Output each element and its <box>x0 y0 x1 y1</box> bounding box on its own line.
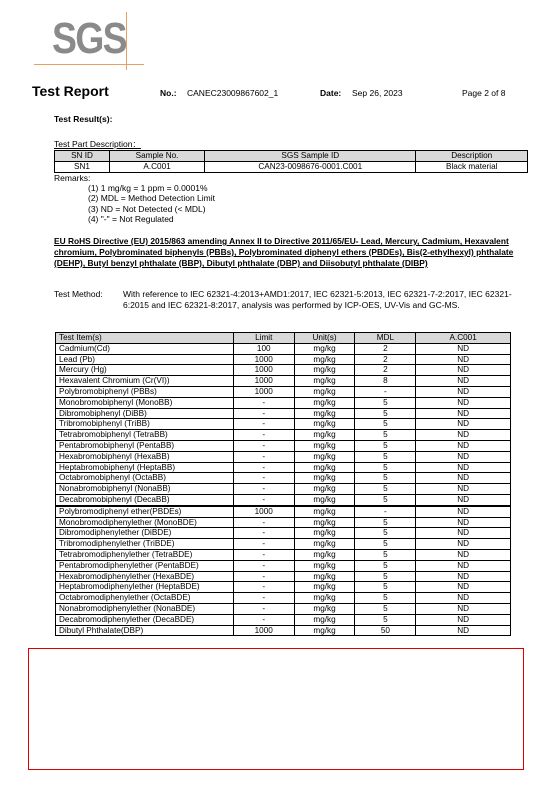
table-cell: 5 <box>355 539 416 550</box>
table-cell: 5 <box>355 397 416 408</box>
table-row: Cadmium(Cd)100mg/kg2ND <box>56 343 511 354</box>
test-item-cell: Dibromobiphenyl (DiBB) <box>56 408 234 419</box>
table-cell: mg/kg <box>294 397 355 408</box>
table-cell: mg/kg <box>294 473 355 484</box>
table-row: Monobromodiphenylether (MonoBDE)-mg/kg5N… <box>56 517 511 528</box>
table-cell: 1000 <box>233 386 294 397</box>
table-cell: - <box>233 593 294 604</box>
table-row: Nonabromobiphenyl (NonaBB)-mg/kg5ND <box>56 484 511 495</box>
table-cell: ND <box>416 603 511 614</box>
table-cell: 5 <box>355 419 416 430</box>
table-cell: - <box>233 582 294 593</box>
table-cell: A.C001 <box>110 161 205 172</box>
table-cell: 1000 <box>233 625 294 636</box>
table-cell: 5 <box>355 549 416 560</box>
test-item-cell: Monobromodiphenylether (MonoBDE) <box>56 517 234 528</box>
table-cell: - <box>355 386 416 397</box>
test-item-cell: Monobromobiphenyl (MonoBB) <box>56 397 234 408</box>
table-cell: - <box>233 528 294 539</box>
report-no-value: CANEC23009867602_1 <box>187 88 278 98</box>
table-cell: mg/kg <box>294 484 355 495</box>
logo-vertical-line <box>126 12 127 70</box>
table-row: Octabromodiphenylether (OctaBDE)-mg/kg5N… <box>56 593 511 604</box>
table-cell: SN1 <box>55 161 110 172</box>
table-cell: - <box>233 539 294 550</box>
column-header: SN ID <box>55 151 110 162</box>
test-item-cell: Tribromodiphenylether (TriBDE) <box>56 539 234 550</box>
table-cell: 5 <box>355 440 416 451</box>
table-cell: mg/kg <box>294 625 355 636</box>
table-row: Decabromodiphenylether (DecaBDE)-mg/kg5N… <box>56 614 511 625</box>
test-item-cell: Hexavalent Chromium (Cr(VI)) <box>56 376 234 387</box>
test-item-cell: Tetrabromodiphenylether (TetraBDE) <box>56 549 234 560</box>
table-row: Lead (Pb)1000mg/kg2ND <box>56 354 511 365</box>
table-cell: 1000 <box>233 365 294 376</box>
table-row: Monobromobiphenyl (MonoBB)-mg/kg5ND <box>56 397 511 408</box>
test-item-cell: Decabromodiphenylether (DecaBDE) <box>56 614 234 625</box>
table-row: Tetrabromobiphenyl (TetraBB)-mg/kg5ND <box>56 430 511 441</box>
table-row: Polybromodiphenyl ether(PBDEs)1000mg/kg-… <box>56 506 511 517</box>
remark-item: (3) ND = Not Detected (< MDL) <box>54 204 215 214</box>
table-cell: - <box>233 451 294 462</box>
test-item-cell: Pentabromodiphenylether (PentaBDE) <box>56 560 234 571</box>
table-cell: - <box>233 614 294 625</box>
table-row: Tribromodiphenylether (TriBDE)-mg/kg5ND <box>56 539 511 550</box>
table-cell: - <box>233 419 294 430</box>
table-cell: mg/kg <box>294 386 355 397</box>
test-item-cell: Hexabromobiphenyl (HexaBB) <box>56 451 234 462</box>
table-cell: 2 <box>355 354 416 365</box>
table-cell: ND <box>416 451 511 462</box>
table-row: Heptabromobiphenyl (HeptaBB)-mg/kg5ND <box>56 462 511 473</box>
table-cell: 5 <box>355 408 416 419</box>
table-row: Decabromobiphenyl (DecaBB)-mg/kg5ND <box>56 494 511 505</box>
table-cell: - <box>233 430 294 441</box>
table-cell: mg/kg <box>294 451 355 462</box>
table-cell: ND <box>416 430 511 441</box>
sgs-logo: SGS <box>34 12 144 70</box>
test-item-cell: Heptabromodiphenylether (HeptaBDE) <box>56 582 234 593</box>
column-header: Unit(s) <box>294 333 355 344</box>
column-header: MDL <box>355 333 416 344</box>
table-row: Heptabromodiphenylether (HeptaBDE)-mg/kg… <box>56 582 511 593</box>
table-row: Pentabromodiphenylether (PentaBDE)-mg/kg… <box>56 560 511 571</box>
redacted-region-box <box>28 648 524 770</box>
table-cell: mg/kg <box>294 494 355 505</box>
report-no-label: No.: <box>160 88 177 98</box>
table-cell: 5 <box>355 517 416 528</box>
part-description-label: Test Part Description： <box>54 138 141 150</box>
table-cell: ND <box>416 571 511 582</box>
column-header: SGS Sample ID <box>205 151 416 162</box>
test-item-cell: Lead (Pb) <box>56 354 234 365</box>
table-row: Pentabromobiphenyl (PentaBB)-mg/kg5ND <box>56 440 511 451</box>
remark-item: (2) MDL = Method Detection Limit <box>54 193 215 203</box>
test-item-cell: Heptabromobiphenyl (HeptaBB) <box>56 462 234 473</box>
table-cell: ND <box>416 343 511 354</box>
table-cell: 100 <box>233 343 294 354</box>
report-title: Test Report <box>32 83 109 99</box>
test-item-cell: Hexabromodiphenylether (HexaBDE) <box>56 571 234 582</box>
table-cell: 5 <box>355 614 416 625</box>
table-cell: 8 <box>355 376 416 387</box>
remark-item: (4) "-" = Not Regulated <box>54 214 215 224</box>
table-row: Dibromodiphenylether (DiBDE)-mg/kg5ND <box>56 528 511 539</box>
table-cell: mg/kg <box>294 440 355 451</box>
table-cell: 5 <box>355 451 416 462</box>
table-cell: mg/kg <box>294 408 355 419</box>
column-header: A.C001 <box>416 333 511 344</box>
table-cell: - <box>233 397 294 408</box>
table-cell: CAN23-0098676-0001.C001 <box>205 161 416 172</box>
table-row: Hexabromobiphenyl (HexaBB)-mg/kg5ND <box>56 451 511 462</box>
table-cell: ND <box>416 440 511 451</box>
table-cell: ND <box>416 473 511 484</box>
table-cell: 50 <box>355 625 416 636</box>
date-value: Sep 26, 2023 <box>352 88 403 98</box>
table-cell: 5 <box>355 560 416 571</box>
table-row: Dibromobiphenyl (DiBB)-mg/kg5ND <box>56 408 511 419</box>
test-item-cell: Cadmium(Cd) <box>56 343 234 354</box>
table-cell: - <box>233 494 294 505</box>
table-cell: 1000 <box>233 376 294 387</box>
column-header: Description <box>416 151 528 162</box>
table-row: Tetrabromodiphenylether (TetraBDE)-mg/kg… <box>56 549 511 560</box>
table-cell: ND <box>416 408 511 419</box>
table-cell: 5 <box>355 484 416 495</box>
table-row: Mercury (Hg)1000mg/kg2ND <box>56 365 511 376</box>
table-cell: - <box>233 440 294 451</box>
table-cell: mg/kg <box>294 582 355 593</box>
table-cell: ND <box>416 539 511 550</box>
table-cell: 2 <box>355 365 416 376</box>
directive-heading: EU RoHS Directive (EU) 2015/863 amending… <box>54 236 524 269</box>
column-header: Sample No. <box>110 151 205 162</box>
test-item-cell: Dibutyl Phthalate(DBP) <box>56 625 234 636</box>
table-cell: mg/kg <box>294 506 355 517</box>
logo-horizontal-line <box>34 64 144 65</box>
test-item-cell: Decabromobiphenyl (DecaBB) <box>56 494 234 505</box>
table-cell: ND <box>416 484 511 495</box>
table-row: Tribromobiphenyl (TriBB)-mg/kg5ND <box>56 419 511 430</box>
remarks-label: Remarks: <box>54 173 215 183</box>
table-cell: 5 <box>355 494 416 505</box>
test-item-cell: Polybromodiphenyl ether(PBDEs) <box>56 506 234 517</box>
table-cell: 5 <box>355 473 416 484</box>
table-cell: - <box>233 560 294 571</box>
table-cell: mg/kg <box>294 571 355 582</box>
table-cell: ND <box>416 397 511 408</box>
test-item-cell: Nonabromodiphenylether (NonaBDE) <box>56 603 234 614</box>
table-cell: mg/kg <box>294 343 355 354</box>
results-table: Test Item(s)LimitUnit(s)MDLA.C001 Cadmiu… <box>55 332 511 636</box>
test-item-cell: Dibromodiphenylether (DiBDE) <box>56 528 234 539</box>
table-row: Octabromobiphenyl (OctaBB)-mg/kg5ND <box>56 473 511 484</box>
table-cell: 1000 <box>233 354 294 365</box>
table-row: Hexabromodiphenylether (HexaBDE)-mg/kg5N… <box>56 571 511 582</box>
page-indicator: Page 2 of 8 <box>462 88 505 98</box>
table-cell: 5 <box>355 430 416 441</box>
table-cell: ND <box>416 528 511 539</box>
table-cell: - <box>233 571 294 582</box>
test-item-cell: Tribromobiphenyl (TriBB) <box>56 419 234 430</box>
table-cell: ND <box>416 582 511 593</box>
table-cell: ND <box>416 506 511 517</box>
table-cell: 1000 <box>233 506 294 517</box>
table-row: Hexavalent Chromium (Cr(VI))1000mg/kg8ND <box>56 376 511 387</box>
table-cell: ND <box>416 365 511 376</box>
remark-item: (1) 1 mg/kg = 1 ppm = 0.0001% <box>54 183 215 193</box>
column-header: Limit <box>233 333 294 344</box>
table-cell: - <box>233 462 294 473</box>
table-cell: mg/kg <box>294 430 355 441</box>
table-row: Nonabromodiphenylether (NonaBDE)-mg/kg5N… <box>56 603 511 614</box>
table-cell: mg/kg <box>294 560 355 571</box>
table-cell: mg/kg <box>294 614 355 625</box>
table-cell: ND <box>416 419 511 430</box>
logo-text: SGS <box>52 14 126 64</box>
table-cell: - <box>233 408 294 419</box>
table-cell: mg/kg <box>294 354 355 365</box>
table-cell: mg/kg <box>294 549 355 560</box>
test-item-cell: Pentabromobiphenyl (PentaBB) <box>56 440 234 451</box>
test-item-cell: Octabromobiphenyl (OctaBB) <box>56 473 234 484</box>
table-cell: mg/kg <box>294 419 355 430</box>
table-cell: - <box>233 549 294 560</box>
table-cell: 5 <box>355 603 416 614</box>
column-header: Test Item(s) <box>56 333 234 344</box>
table-cell: mg/kg <box>294 539 355 550</box>
table-cell: - <box>233 473 294 484</box>
table-cell: ND <box>416 517 511 528</box>
table-cell: mg/kg <box>294 517 355 528</box>
table-cell: mg/kg <box>294 528 355 539</box>
table-cell: 2 <box>355 343 416 354</box>
table-cell: ND <box>416 462 511 473</box>
table-cell: - <box>233 603 294 614</box>
table-cell: mg/kg <box>294 365 355 376</box>
remarks: Remarks: (1) 1 mg/kg = 1 ppm = 0.0001%(2… <box>54 173 215 224</box>
test-item-cell: Tetrabromobiphenyl (TetraBB) <box>56 430 234 441</box>
table-cell: Black material <box>416 161 528 172</box>
table-cell: ND <box>416 593 511 604</box>
test-item-cell: Octabromodiphenylether (OctaBDE) <box>56 593 234 604</box>
table-row: SN1A.C001CAN23-0098676-0001.C001Black ma… <box>55 161 528 172</box>
table-cell: mg/kg <box>294 603 355 614</box>
table-cell: mg/kg <box>294 593 355 604</box>
table-cell: 5 <box>355 593 416 604</box>
table-cell: 5 <box>355 462 416 473</box>
table-cell: ND <box>416 549 511 560</box>
table-cell: mg/kg <box>294 376 355 387</box>
table-cell: ND <box>416 354 511 365</box>
table-cell: ND <box>416 614 511 625</box>
table-cell: - <box>233 484 294 495</box>
table-cell: ND <box>416 494 511 505</box>
test-item-cell: Mercury (Hg) <box>56 365 234 376</box>
table-cell: ND <box>416 560 511 571</box>
test-item-cell: Nonabromobiphenyl (NonaBB) <box>56 484 234 495</box>
table-row: Polybromobiphenyl (PBBs)1000mg/kg-ND <box>56 386 511 397</box>
table-cell: ND <box>416 376 511 387</box>
table-cell: 5 <box>355 528 416 539</box>
test-results-heading: Test Result(s): <box>54 114 112 124</box>
table-cell: mg/kg <box>294 462 355 473</box>
sample-table: SN IDSample No.SGS Sample IDDescription … <box>54 150 528 173</box>
test-method-label: Test Method: <box>54 289 103 299</box>
table-cell: - <box>233 517 294 528</box>
table-cell: 5 <box>355 582 416 593</box>
test-method-text: With reference to IEC 62321-4:2013+AMD1:… <box>123 289 523 310</box>
table-row: Dibutyl Phthalate(DBP)1000mg/kg50ND <box>56 625 511 636</box>
table-cell: ND <box>416 625 511 636</box>
test-item-cell: Polybromobiphenyl (PBBs) <box>56 386 234 397</box>
table-cell: - <box>355 506 416 517</box>
date-label: Date: <box>320 88 341 98</box>
table-cell: ND <box>416 386 511 397</box>
table-cell: 5 <box>355 571 416 582</box>
